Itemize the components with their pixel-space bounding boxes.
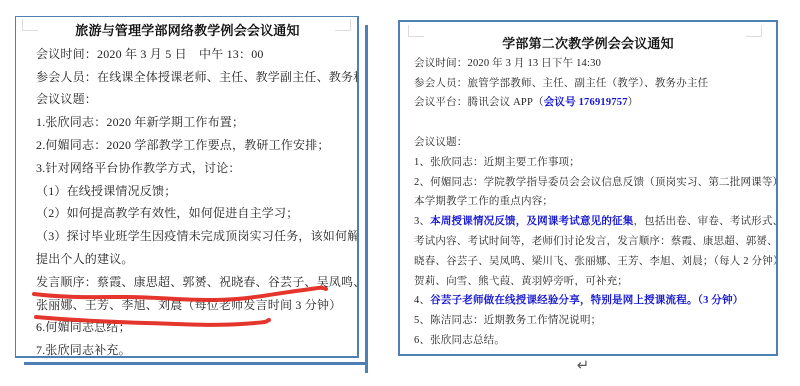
- doc-line: 旅游与管理学部网络教学例会会议通知: [36, 20, 339, 43]
- doc-line: 7.张欣同志补充。: [36, 339, 339, 356]
- text-segment: 本学期教学工作的重点内容；: [414, 196, 553, 207]
- text-segment: 本周授课情况反馈，及网课考试意见的征集: [430, 216, 633, 227]
- doc-line: 参会人员：在线课全体授课老师、主任、教学副主任、教务科科长: [36, 66, 339, 89]
- doc-line: 2、何媚同志：学院教学指导委员会会议信息反馈（顶岗实习、第二批网课等），: [414, 173, 762, 193]
- doc-line: 学部第二次教学例会会议通知: [414, 34, 762, 54]
- text-segment: （3）探讨毕业班学生因疫情未完成顶岗实习任务，该如何解决，可: [36, 229, 357, 243]
- text-segment: （1）在线授课情况反馈；: [36, 184, 176, 198]
- text-segment: 2、何媚同志：学院教学指导委员会会议信息反馈（顶岗实习、第二批网课等），: [414, 177, 776, 188]
- text-segment: 晓春、谷芸子、吴凤鸣、梁川飞、张丽娜、王芳、李旭、刘晨；（每人 2 分钟）: [414, 256, 776, 267]
- text-segment: （2）如何提高教学有效性，如何促进自主学习；: [36, 206, 298, 220]
- doc-line: 6.何媚同志总结；: [36, 316, 339, 339]
- doc-line: 本学期教学工作的重点内容；: [414, 192, 762, 212]
- text-segment: 3.针对网络平台协作教学方式，讨论：: [36, 161, 241, 175]
- text-segment: 6、张欣同志总结。: [414, 335, 505, 346]
- text-segment: 谷芸子老师做在线授课经验分享，特别是网上授课流程。（3 分钟）: [430, 295, 743, 306]
- doc-line: 晓春、谷芸子、吴凤鸣、梁川飞、张丽娜、王芳、李旭、刘晨；（每人 2 分钟）: [414, 252, 762, 272]
- doc-line: 会议议题：: [414, 133, 762, 153]
- text-segment: ，包括出卷、审卷、考试形式、: [633, 216, 776, 227]
- doc-line: 3.针对网络平台协作教学方式，讨论：: [36, 157, 339, 180]
- text-segment: 旅游与管理学部网络教学例会会议通知: [75, 23, 299, 38]
- doc-line: 6、张欣同志总结。: [414, 331, 762, 351]
- doc-line: 发言顺序：蔡霞、康思超、郭赟、祝晓春、谷芸子、吴凤鸣、梁川飞、: [36, 271, 339, 294]
- text-segment: 会议时间：2020 年 3 月 5 日 中午 13：00: [36, 47, 264, 61]
- doc-line: 贺莉、向雪、熊弋葭、黄羽婷旁听，可补充；: [414, 272, 762, 292]
- meeting-notice-march-5: 旅游与管理学部网络教学例会会议通知会议时间：2020 年 3 月 5 日 中午 …: [15, 16, 359, 358]
- text-segment: 会议议题：: [414, 137, 468, 148]
- text-segment: 7.张欣同志补充。: [36, 343, 131, 356]
- left-doc-body: 旅游与管理学部网络教学例会会议通知会议时间：2020 年 3 月 5 日 中午 …: [16, 17, 357, 356]
- text-segment: 1、张欣同志：近期主要工作事项；: [414, 157, 580, 168]
- text-segment: 考试内容、考试时间等，老师们讨论发言，发言顺序：蔡霞、康思超、郭赟、祝: [414, 236, 776, 247]
- doc-line: 张丽娜、王芳、李旭、刘晨（每位老师发言时间 3 分钟）: [36, 294, 339, 317]
- text-segment: 会议平台：腾讯会议 APP（: [414, 97, 544, 108]
- text-segment: 3、: [414, 216, 430, 227]
- doc-line: 参会人员：旅管学部教师、主任、副主任（教学）、教务办主任: [414, 74, 762, 94]
- text-segment: 会议时间：2020 年 3 月 13 日下午 14:30: [414, 58, 601, 69]
- text-segment: 4、: [414, 295, 430, 306]
- text-segment: 6.何媚同志总结；: [36, 320, 131, 334]
- doc-line: 4、谷芸子老师做在线授课经验分享，特别是网上授课流程。（3 分钟）: [414, 291, 762, 311]
- doc-line: 会议平台：腾讯会议 APP（会议号 176919757）: [414, 93, 762, 113]
- text-segment: 会议议题：: [36, 92, 97, 106]
- doc-line: 会议议题：: [36, 88, 339, 111]
- paragraph-return-mark: ↵: [570, 356, 596, 374]
- right-doc-body: 学部第二次教学例会会议通知会议时间：2020 年 3 月 13 日下午 14:3…: [400, 22, 776, 354]
- doc-line: （3）探讨毕业班学生因疫情未完成顶岗实习任务，该如何解决，可: [36, 225, 339, 248]
- text-segment: 参会人员：在线课全体授课老师、主任、教学副主任、教务科科长: [36, 70, 357, 84]
- meeting-notice-march-13: 学部第二次教学例会会议通知会议时间：2020 年 3 月 13 日下午 14:3…: [398, 20, 778, 356]
- doc-line: 3、本周授课情况反馈，及网课考试意见的征集，包括出卷、审卷、考试形式、: [414, 212, 762, 232]
- doc-line: 1、张欣同志：近期主要工作事项；: [414, 153, 762, 173]
- doc-line: 会议时间：2020 年 3 月 13 日下午 14:30: [414, 54, 762, 74]
- text-segment: 会议号 176919757: [544, 97, 628, 108]
- textbox-shadow-right: [365, 25, 368, 373]
- text-segment: 5、陈洁同志：近期教务工作情况说明；: [414, 315, 601, 326]
- text-segment: 1.张欣同志：2020 年新学期工作布置；: [36, 115, 244, 129]
- document-preview-canvas: 旅游与管理学部网络教学例会会议通知会议时间：2020 年 3 月 5 日 中午 …: [0, 0, 800, 386]
- textbox-shadow-bottom: [24, 362, 366, 365]
- text-segment: 2.何媚同志：2020 学部教学工作要点，教研工作安排；: [36, 138, 330, 152]
- doc-line: （1）在线授课情况反馈；: [36, 180, 339, 203]
- doc-line: 1.张欣同志：2020 年新学期工作布置；: [36, 111, 339, 134]
- text-segment: 贺莉、向雪、熊弋葭、黄羽婷旁听，可补充；: [414, 276, 628, 287]
- doc-line: 5、陈洁同志：近期教务工作情况说明；: [414, 311, 762, 331]
- text-segment: 学部第二次教学例会会议通知: [502, 36, 674, 51]
- doc-line: 2.何媚同志：2020 学部教学工作要点，教研工作安排；: [36, 134, 339, 157]
- doc-line: 考试内容、考试时间等，老师们讨论发言，发言顺序：蔡霞、康思超、郭赟、祝: [414, 232, 762, 252]
- text-segment: 提出个人的建议。: [36, 252, 134, 266]
- text-segment: 张丽娜、王芳、李旭、刘晨（每位老师发言时间 3 分钟）: [36, 298, 341, 312]
- doc-line: 提出个人的建议。: [36, 248, 339, 271]
- doc-line: （2）如何提高教学有效性，如何促进自主学习；: [36, 202, 339, 225]
- text-segment: 参会人员：旅管学部教师、主任、副主任（教学）、教务办主任: [414, 78, 708, 89]
- text-segment: 发言顺序：蔡霞、康思超、郭赟、祝晓春、谷芸子、吴凤鸣、梁川飞、: [36, 275, 357, 289]
- doc-line: 会议时间：2020 年 3 月 5 日 中午 13：00: [36, 43, 339, 66]
- text-segment: ）: [628, 97, 639, 108]
